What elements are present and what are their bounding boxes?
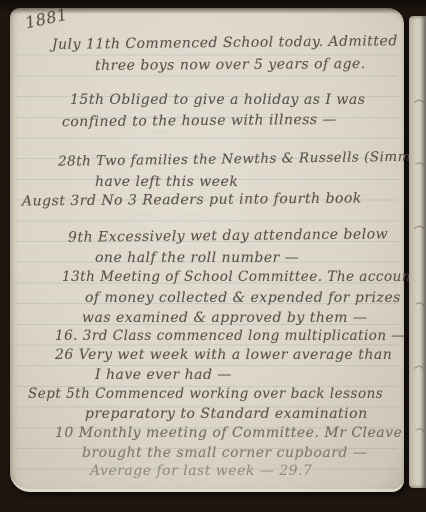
next-page-writing-marks <box>409 16 426 488</box>
next-page-edge <box>409 16 426 488</box>
year-heading: 1881 <box>23 5 69 32</box>
journal-line: 26 Very wet week with a lower average th… <box>55 347 392 363</box>
journal-line: one half the roll number — <box>95 250 299 266</box>
journal-line: 28th Two families the Newths & Russells … <box>58 148 426 169</box>
journal-line: 16. 3rd Class commenced long multiplicat… <box>55 328 405 344</box>
journal-line: brought the small corner cupboard — <box>82 445 367 461</box>
journal-line: 13th Meeting of School Committee. The ac… <box>62 269 424 285</box>
journal-line: I have ever had — <box>95 367 232 383</box>
journal-line: 10 Monthly meeting of Committee. Mr Clea… <box>55 425 402 441</box>
journal-line: 15th Obliged to give a holiday as I was <box>70 92 365 108</box>
journal-line: 9th Excessively wet day attendance below <box>68 226 388 245</box>
journal-line: three boys now over 5 years of age. <box>95 56 366 74</box>
photo-backdrop: 1881 July 11th Commenced School today. A… <box>0 0 426 512</box>
journal-line: Augst 3rd No 3 Readers put into fourth b… <box>22 191 362 210</box>
journal-line: Average for last week — 29.7 <box>90 463 312 479</box>
journal-page: 1881 July 11th Commenced School today. A… <box>10 8 404 492</box>
journal-line: Sept 5th Commenced working over back les… <box>28 386 383 402</box>
journal-line: preparatory to Standard examination <box>85 406 368 422</box>
journal-line: July 11th Commenced School today. Admitt… <box>52 33 398 53</box>
journal-line: was examined & approved by them — <box>82 310 367 326</box>
journal-line: confined to the house with illness — <box>62 112 337 130</box>
journal-line: have left this week <box>95 174 238 190</box>
journal-line: of money collected & expended for prizes <box>85 290 401 306</box>
